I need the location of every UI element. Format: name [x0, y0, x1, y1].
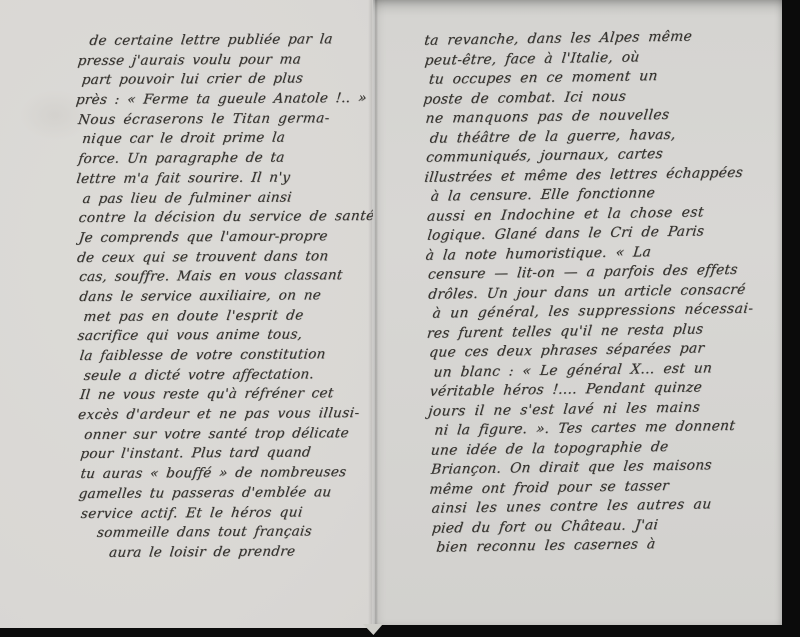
letter-page-right: ta revanche, dans les Alpes mêmepeut-êtr… — [373, 0, 782, 625]
handwriting-line: onner sur votre santé trop délicate — [83, 424, 373, 446]
handwriting-line: seule a dicté votre affectation. — [83, 365, 373, 387]
handwriting-line: de ceux qui se trouvent dans ton — [76, 247, 372, 269]
page-fold-crease — [368, 0, 378, 628]
handwriting-line: Je comprends que l'amour-propre — [78, 227, 372, 249]
letter-scan: de certaine lettre publiée par lapresse … — [0, 0, 800, 637]
handwriting-line: Il ne vous reste qu'à réfréner cet — [79, 384, 373, 406]
handwriting-line: lettre m'a fait sourire. Il n'y — [75, 168, 371, 190]
handwriting-line: sommeille dans tout français — [96, 522, 374, 544]
handwriting-line: met pas en doute l'esprit de — [82, 306, 372, 328]
handwriting-line: a pas lieu de fulminer ainsi — [81, 187, 371, 209]
right-page-text: ta revanche, dans les Alpes mêmepeut-êtr… — [423, 26, 783, 558]
handwriting-line: de certaine lettre publiée par la — [88, 30, 370, 52]
handwriting-line: nique car le droit prime la — [81, 128, 371, 150]
handwriting-line: bien reconnu les casernes à — [435, 533, 785, 558]
handwriting-line: aura le loisir de prendre — [108, 542, 374, 564]
handwriting-line: tu auras « bouffé » de nombreuses — [79, 463, 373, 485]
handwriting-line: presse j'aurais voulu pour ma — [76, 50, 370, 72]
handwriting-line: la faiblesse de votre constitution — [78, 345, 372, 367]
handwriting-line: contre la décision du service de santé. — [78, 207, 372, 229]
handwriting-line: part pouvoir lui crier de plus — [81, 69, 371, 91]
handwriting-line: sacrifice qui vous anime tous, — [76, 325, 372, 347]
handwriting-line: gamelles tu passeras d'emblée au — [77, 483, 373, 505]
handwriting-line: pour l'instant. Plus tard quand — [79, 443, 373, 465]
handwriting-line: dans le service auxiliaire, on ne — [78, 286, 372, 308]
handwriting-line: service actif. Et le héros qui — [80, 502, 374, 524]
handwriting-line: Nous écraserons le Titan germa- — [77, 109, 371, 131]
handwriting-line: excès d'ardeur et ne pas vous illusi- — [77, 404, 373, 426]
handwriting-line: cas, souffre. Mais en vous classant — [78, 266, 372, 288]
left-page-text: de certaine lettre publiée par lapresse … — [76, 30, 372, 564]
handwriting-line: force. Un paragraphe de ta — [77, 148, 371, 170]
page-bottom-corner — [363, 624, 383, 635]
handwriting-line: près : « Ferme ta gueule Anatole !.. » — [75, 89, 371, 111]
letter-page-left: de certaine lettre publiée par lapresse … — [0, 0, 373, 628]
